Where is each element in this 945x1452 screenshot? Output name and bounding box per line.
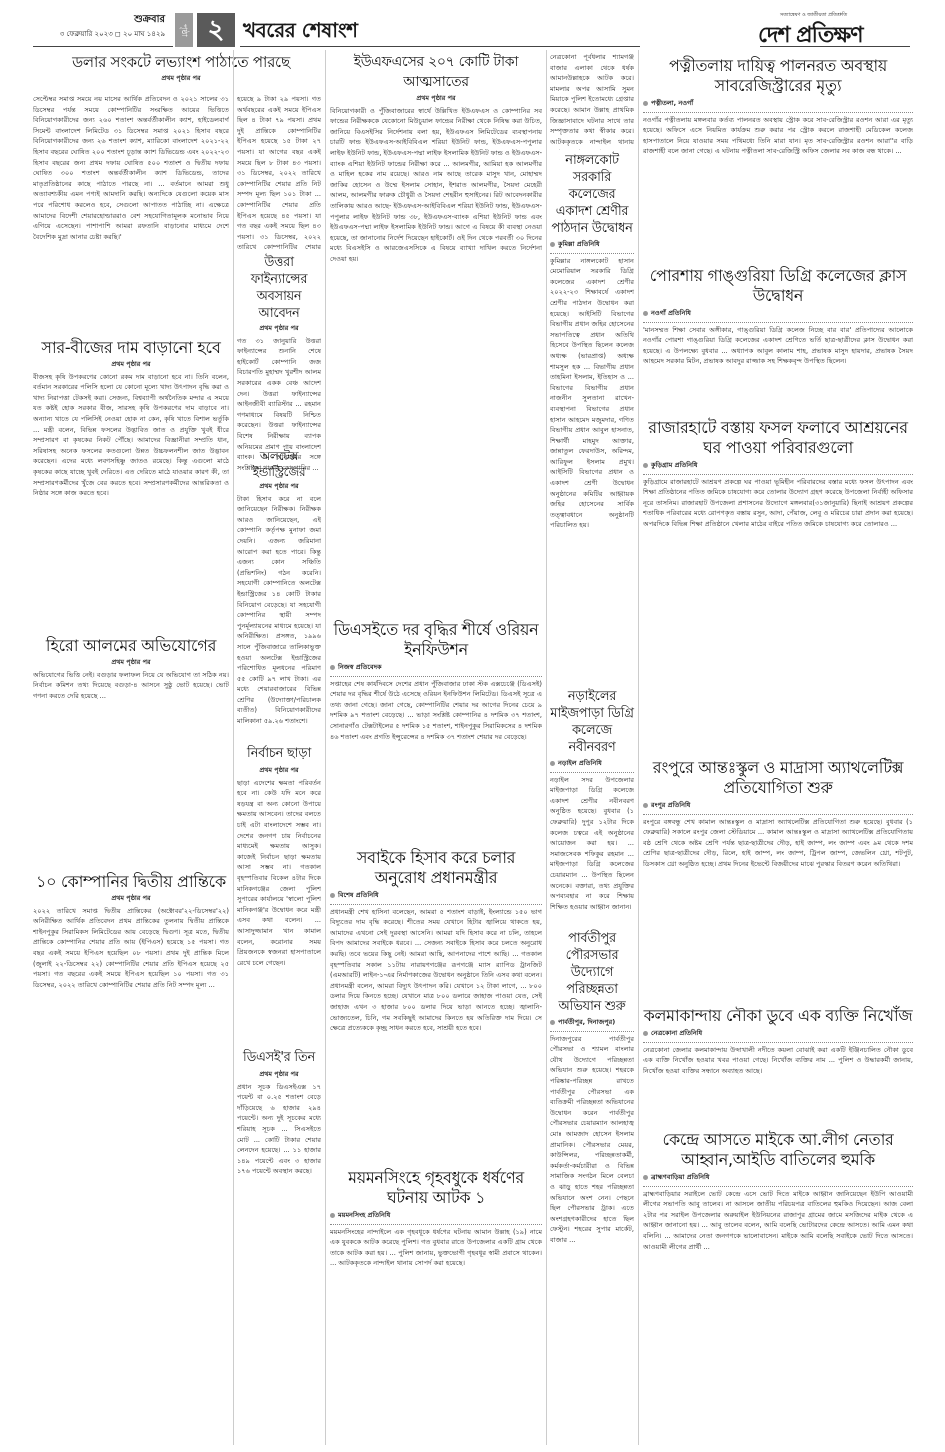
byline: নেত্রকোনা প্রতিনিধি	[643, 1028, 913, 1043]
article-gangurhia: পোরশায় গাঙ্গুরিয়া ডিগ্রি কলেজের ক্লাস …	[643, 266, 913, 429]
headline-parbatipur: পার্বতীপুর পৌরসভার উদ্যোগে পরিচ্ছন্নতা অ…	[550, 930, 634, 1015]
article-naraikhali: নড়াইলের মাইজপাড়া ডিগ্রি কলেজে নবীনবরণ …	[550, 688, 634, 935]
article-body: নড়াইল সদর উপজেলার মাইজপাড়া ডিগ্রি কলেজ…	[550, 775, 634, 935]
page-label-box: পৃষ্ঠা	[175, 13, 193, 47]
page-number-box: ২	[197, 13, 235, 47]
article-rangpur: রংপুরে আন্তঃস্কুল ও মাদ্রাসা অ্যাথলেটিক্…	[643, 758, 913, 1007]
continued-label: প্রথম পৃষ্ঠার পর	[237, 765, 321, 776]
column-divider	[325, 50, 326, 1445]
masthead-day: শুক্রবার	[40, 12, 165, 29]
article-parbatipur: পার্বতীপুর পৌরসভার উদ্যোগে পরিচ্ছন্নতা অ…	[550, 930, 634, 1452]
byline: কুমিল্লা প্রতিনিধি	[550, 239, 634, 254]
article-body: সপ্তাহের শেষ কার্যদিবসে দেশের প্রধান পুঁ…	[330, 679, 542, 829]
article-body: ছাড়া এদেশের ক্ষমতা পরিবর্তন হবে না। কেউ…	[237, 778, 321, 1048]
byline: পত্নীতলা, নওগাঁ	[643, 98, 913, 113]
article-ten-companies: ১০ কোম্পানির দ্বিতীয় প্রান্তিকে প্রথম প…	[33, 872, 229, 1446]
article-patnitala: পত্নীতলায় দায়িত্ব পালনরত অবস্থায় সাবর…	[643, 56, 913, 265]
headline-orion: ডিএসইতে দর বৃদ্ধির শীর্ষে ওরিয়ন ইনফিউশন	[330, 620, 542, 660]
headline-dollar: ডলার সংকটে লভ্যাংশ পাঠাতে পারছে	[33, 52, 329, 72]
bullet-icon	[550, 242, 555, 247]
article-body: প্রধান সূচক ডিএসইএক্স ১৭ পয়েন্ট বা ০.২৫…	[237, 1082, 321, 1432]
article-body: বিনিয়োগকারী ও পুঁজিবাজারের স্বার্থে উল্…	[330, 106, 542, 652]
article-body: ময়মনসিংহের নান্দাইলে এক গৃহবধূকে ধর্ষণে…	[330, 1227, 542, 1437]
article-body: ব্রাহ্মণবাড়িয়ার সরাইলে ভোট কেন্দ্রে এস…	[643, 1189, 913, 1439]
article-body: নেত্রকোনা পূর্বধলার শ্যামগঞ্জ বাজার এলাক…	[550, 52, 634, 150]
continued-label: প্রথম পৃষ্ঠার পর	[237, 481, 321, 492]
headline-nangalkot: নাঙ্গলকোট সরকারি কলেজের একাদশ শ্রেণীর পা…	[550, 152, 634, 237]
bullet-icon	[643, 803, 648, 808]
column-divider	[233, 50, 234, 1445]
article-col4-top: নেত্রকোনা পূর্বধলার শ্যামগঞ্জ বাজার এলাক…	[550, 52, 634, 150]
byline: নড়াইল প্রতিনিধি	[550, 758, 634, 773]
article-fertilizer: সার-বীজের দাম বাড়ানো হবে প্রথম পৃষ্ঠার …	[33, 338, 229, 612]
article-body: দিনাজপুরের পার্বতীপুর পৌরসভা ও শ্যামল বা…	[550, 1034, 634, 1452]
article-body: প্রধানমন্ত্রী শেখ হাসিনা বলেছেন, আমরা ৫ …	[330, 907, 542, 1163]
article-body: হয়েছে ৯ টাকা ২৯ পয়সা। গত অর্থবছরের একই…	[237, 94, 321, 250]
headline-naraikhali: নড়াইলের মাইজপাড়া ডিগ্রি কলেজে নবীনবরণ	[550, 688, 634, 756]
byline: নওগাঁ প্রতিনিধি	[643, 308, 913, 323]
article-body: টাকা হিসাব করে না বলে জানিয়েছেন নিরীক্ষ…	[237, 494, 321, 730]
headline-gangurhia: পোরশায় গাঙ্গুরিয়া ডিগ্রি কলেজের ক্লাস …	[643, 266, 913, 306]
bullet-icon	[550, 761, 555, 766]
bullet-icon	[550, 1020, 555, 1025]
byline: ব্রাহ্মণবাড়িয়া প্রতিনিধি	[643, 1172, 913, 1187]
bullet-icon	[330, 1213, 335, 1218]
bullet-icon	[643, 463, 648, 468]
article-dollar-body: সেপ্টেম্বর সমাপ্ত সময়ে নয় মাসের আর্থিক…	[33, 94, 229, 332]
article-election: নির্বাচন ছাড়া প্রথম পৃষ্ঠার পর ছাড়া এদ…	[237, 744, 321, 1048]
headline-hero-alam: হিরো আলমের অভিযোগের	[33, 636, 229, 656]
bullet-icon	[330, 893, 335, 898]
headline-patnitala: পত্নীতলায় দায়িত্ব পালনরত অবস্থায় সাবর…	[643, 56, 913, 96]
article-body: নওগাঁর পত্নীতলায় মঙ্গলবার কর্তব্য পালনর…	[643, 115, 913, 265]
article-body: অভিযোগের ভিত্তি নেই। বগুড়ার ফলাফল নিয়ে…	[33, 670, 229, 880]
bullet-icon	[643, 1175, 648, 1180]
headline-brahmanbaria: কেন্দ্রে আসতে মাইকে আ.লীগ নেতার আহ্বান,আ…	[643, 1130, 913, 1170]
bullet-icon	[330, 665, 335, 670]
bullet-icon	[643, 1031, 648, 1036]
byline: নিজস্ব প্রতিবেদক	[330, 662, 542, 677]
byline: বিশেষ প্রতিনিধি	[330, 890, 542, 905]
article-hero-alam: হিরো আলমের অভিযোগের প্রথম পৃষ্ঠার পর অভি…	[33, 636, 229, 880]
article-col2-top: হয়েছে ৯ টাকা ২৯ পয়সা। গত অর্থবছরের একই…	[237, 94, 321, 250]
article-body: কুড়িগ্রামে রাজারহাটে আশ্রয়ণ প্রকল্পে ঘ…	[643, 477, 913, 767]
byline: পার্বতীপুর, দিনাজপুর)	[550, 1017, 634, 1032]
article-body: ২০২২ তারিখে সমাপ্ত দ্বিতীয় প্রান্তিকের …	[33, 906, 229, 1446]
headline-rangpur: রংপুরে আন্তঃস্কুল ও মাদ্রাসা অ্যাথলেটিক্…	[643, 758, 913, 798]
bullet-icon	[643, 101, 648, 106]
headline-uttara: উত্তরা ফাইন্যান্সের অবসায়ন আবেদন	[237, 254, 321, 322]
headline-election: নির্বাচন ছাড়া	[237, 744, 321, 764]
continued-label: প্রথম পৃষ্ঠার পর	[237, 323, 321, 334]
continued-dollar: প্রথম পৃষ্ঠার পর	[33, 73, 329, 84]
continued-label: প্রথম পৃষ্ঠার পর	[237, 1069, 321, 1080]
article-altex: অলটেক্স ইন্ডাস্ট্রিজের প্রথম পৃষ্ঠার পর …	[237, 448, 321, 730]
byline: রংপুর প্রতিনিধি	[643, 800, 913, 815]
article-body: সেপ্টেম্বর সমাপ্ত সময়ে নয় মাসের আর্থিক…	[33, 94, 229, 332]
byline: কুড়িগ্রাম প্রতিনিধি	[643, 460, 913, 475]
article-body: বীজসহ কৃষি উপকরণের কোনো রকম দাম বাড়ানো …	[33, 372, 229, 612]
newspaper-page: শুক্রবার ৩ ফেব্রুয়ারি ২০২৩ ◻ ২০ মাঘ ১৪২…	[0, 0, 945, 1452]
continued-label: প্রথম পৃষ্ঠার পর	[33, 359, 229, 370]
masthead-rule-right	[240, 46, 640, 47]
section-title: খবরের শেষাংশ	[243, 16, 358, 49]
bullet-icon	[643, 311, 648, 316]
article-body: রংপুরে বঙ্গবন্ধু শেখ কামাল আন্তঃস্কুল ও …	[643, 817, 913, 1007]
column-divider	[638, 50, 639, 1445]
article-uffs: ইউএফএসের ২০৭ কোটি টাকা আত্মসাতের প্রথম প…	[330, 52, 542, 652]
column-divider	[546, 50, 547, 1445]
headline-ten-companies: ১০ কোম্পানির দ্বিতীয় প্রান্তিকে	[33, 872, 229, 892]
article-uttara: উত্তরা ফাইন্যান্সের অবসায়ন আবেদন প্রথম …	[237, 254, 321, 476]
headline-kalmakanda: কলমাকান্দায় নৌকা ডুবে এক ব্যক্তি নিখোঁজ	[643, 1006, 913, 1026]
headline-pm: সবাইকে হিসাব করে চলার অনুরোধ প্রধানমন্ত্…	[330, 848, 542, 888]
article-orion: ডিএসইতে দর বৃদ্ধির শীর্ষে ওরিয়ন ইনফিউশন…	[330, 620, 542, 829]
article-body: কুমিল্লার নাঙ্গলকোট হাসান মেমোরিয়াল সরক…	[550, 256, 634, 676]
masthead: শুক্রবার ৩ ফেব্রুয়ারি ২০২৩ ◻ ২০ মাঘ ১৪২…	[0, 8, 945, 48]
article-nangalkot: নাঙ্গলকোট সরকারি কলেজের একাদশ শ্রেণীর পা…	[550, 152, 634, 676]
newspaper-logo: দেশ প্রতিক্ষণ	[758, 18, 863, 55]
headline-uffs: ইউএফএসের ২০৭ কোটি টাকা আত্মসাতের	[330, 52, 542, 92]
article-pm: সবাইকে হিসাব করে চলার অনুরোধ প্রধানমন্ত্…	[330, 848, 542, 1163]
article-kalmakanda: কলমাকান্দায় নৌকা ডুবে এক ব্যক্তি নিখোঁজ…	[643, 1006, 913, 1129]
article-body: 'মানসম্মত শিক্ষা সেবার অঙ্গীকার, গাঙ্গুর…	[643, 325, 913, 429]
headline-mymensingh: ময়মনসিংহে গৃহবধুকে ধর্ষণের ঘটনায় আটক ১	[330, 1168, 542, 1208]
article-brahmanbaria: কেন্দ্রে আসতে মাইকে আ.লীগ নেতার আহ্বান,আ…	[643, 1130, 913, 1439]
masthead-rule-left	[33, 46, 173, 47]
headline-fertilizer: সার-বীজের দাম বাড়ানো হবে	[33, 338, 229, 358]
headline-altex: অলটেক্স ইন্ডাস্ট্রিজের	[237, 448, 321, 480]
headline-rajarhat: রাজারহাটে বস্তায় ফসল ফলাবে আশ্রয়নের ঘর…	[643, 418, 913, 458]
continued-label: প্রথম পৃষ্ঠার পর	[330, 93, 542, 104]
article-dse-three: ডিএসই'র তিন প্রথম পৃষ্ঠার পর প্রধান সূচক…	[237, 1048, 321, 1432]
continued-label: প্রথম পৃষ্ঠার পর	[33, 657, 229, 668]
masthead-date: ৩ ফেব্রুয়ারি ২০২৩ ◻ ২০ মাঘ ১৪২৯	[20, 28, 165, 40]
masthead-rule-logo	[760, 46, 910, 47]
continued-label: প্রথম পৃষ্ঠার পর	[33, 893, 229, 904]
article-body: নেত্রকোনা জেলার কলমাকান্দায় উব্দাখালী ন…	[643, 1045, 913, 1129]
headline-dse-three: ডিএসই'র তিন	[237, 1048, 321, 1068]
byline: ময়মনসিংহ প্রতিনিধি	[330, 1210, 542, 1225]
article-mymensingh: ময়মনসিংহে গৃহবধুকে ধর্ষণের ঘটনায় আটক ১…	[330, 1168, 542, 1437]
article-rajarhat: রাজারহাটে বস্তায় ফসল ফলাবে আশ্রয়নের ঘর…	[643, 418, 913, 767]
